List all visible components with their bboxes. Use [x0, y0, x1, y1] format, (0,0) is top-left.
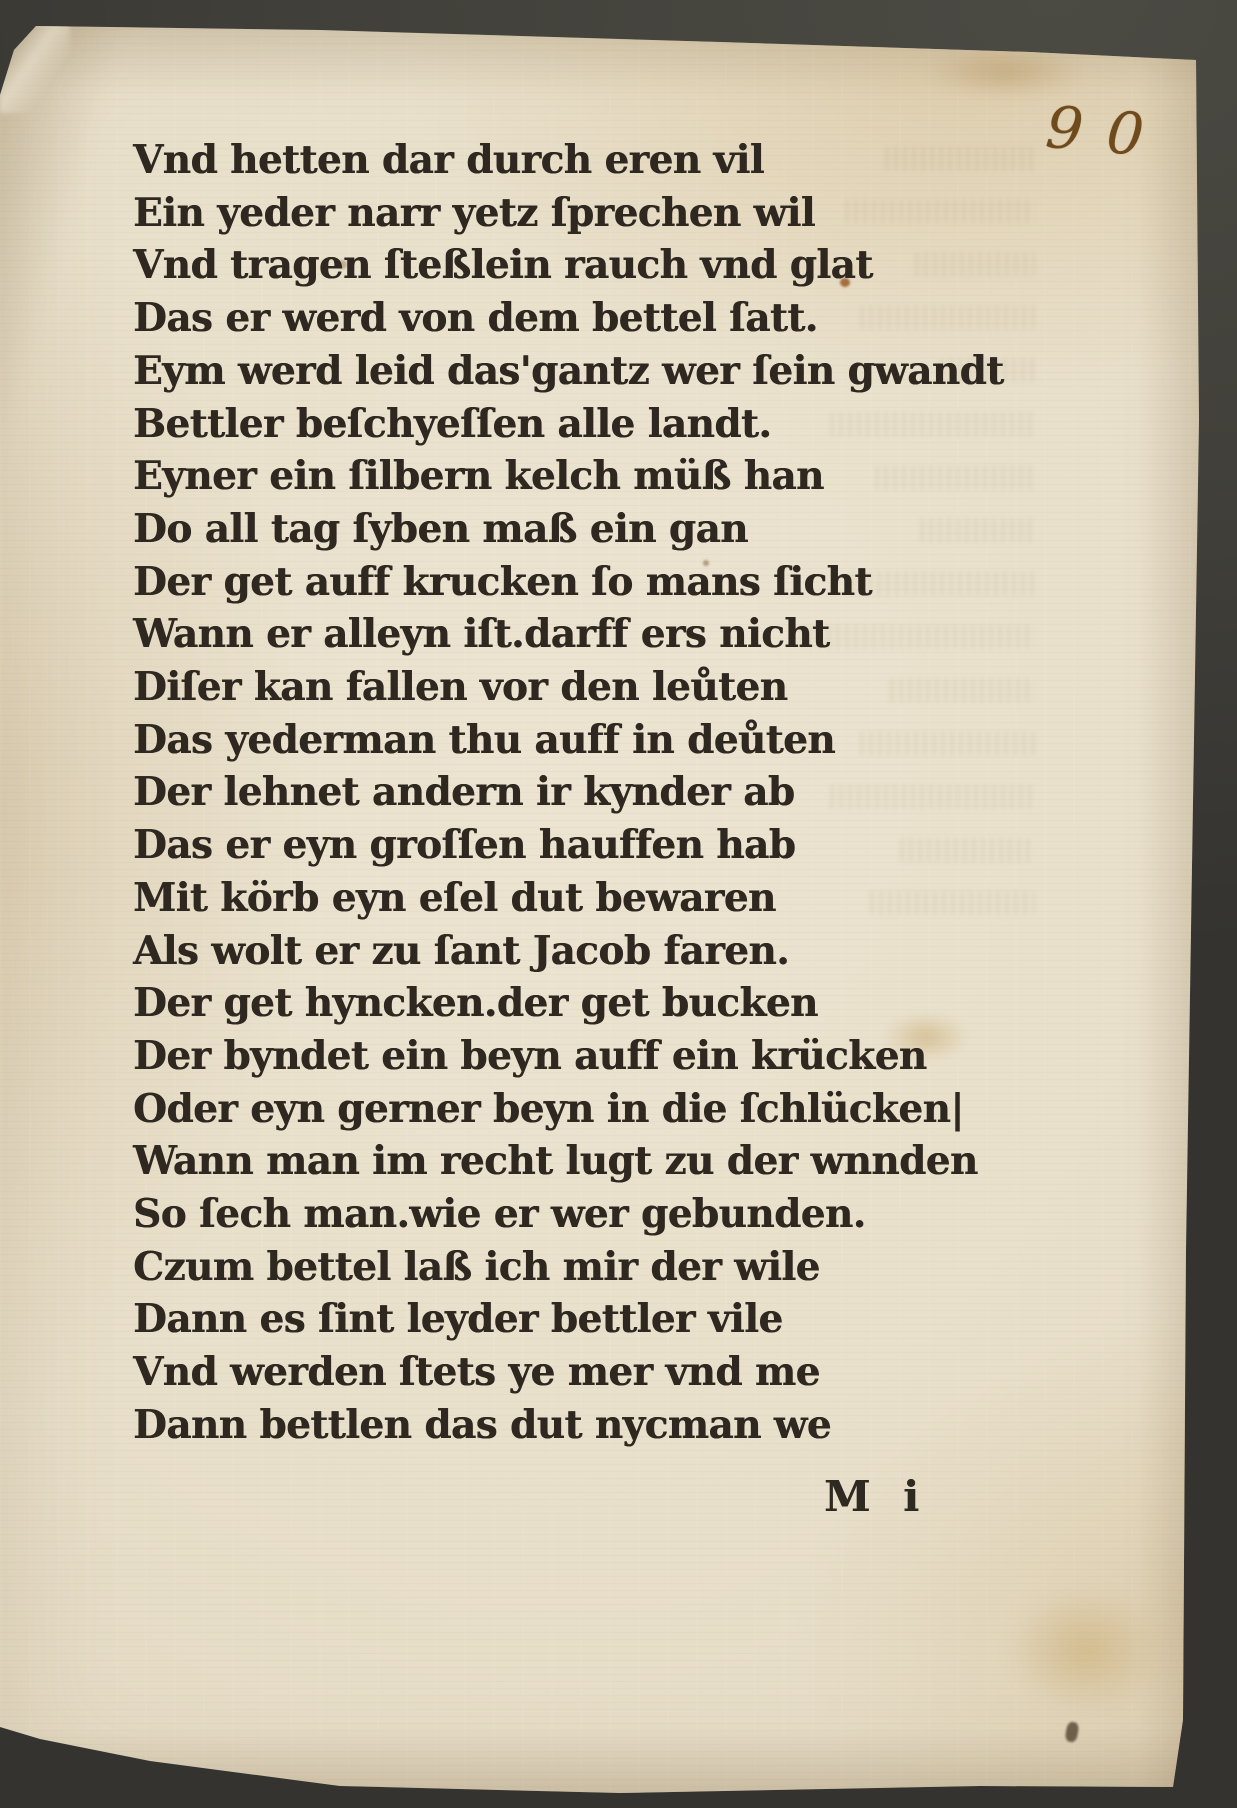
poem-line: Das er eyn groſſen hauffen hab: [133, 819, 1073, 872]
bottom-edge-shadow: [0, 1728, 1237, 1808]
poem-line: Der get auff krucken ſo mans ſicht: [133, 556, 1073, 609]
poem-line: Wann man im recht lugt zu der wnnden: [133, 1135, 1073, 1188]
poem-line: Eyner ein ſilbern kelch müß han: [133, 450, 1073, 503]
poem-line: Vnd tragen ſteßlein rauch vnd glat: [133, 239, 1073, 292]
scan-background: 90 Vnd hetten dar durch eren vil Ein yed…: [0, 0, 1237, 1808]
poem-line: Der lehnet andern ir kynder ab: [133, 766, 1073, 819]
poem-line: Vnd werden ſtets ye mer vnd me: [133, 1346, 1073, 1399]
poem-line: Ein yeder narr yetz ſprechen wil: [133, 187, 1073, 240]
corner-fold: [0, 18, 70, 113]
poem-line: Das yederman thu auff in deůten: [133, 714, 1073, 767]
poem-line: Mit körb eyn eſel dut bewaren: [133, 872, 1073, 925]
top-edge-shadow: [0, 0, 1237, 95]
poem-line: Bettler beſchyeſſen alle landt.: [133, 398, 1073, 451]
poem-line: Diſer kan fallen vor den leůten: [133, 661, 1073, 714]
right-edge-shadow: [1139, 0, 1199, 1808]
poem-line: Der get hyncken.der get bucken: [133, 977, 1073, 1030]
poem-line: Eym werd leid das'gantz wer ſein gwandt: [133, 345, 1073, 398]
poem-line: Vnd hetten dar durch eren vil: [133, 134, 1073, 187]
poem-text-block: Vnd hetten dar durch eren vil Ein yeder …: [133, 134, 1073, 1452]
poem-line: Als wolt er zu ſant Jacob faren.: [133, 925, 1073, 978]
poem-line: Czum bettel laß ich mir der wile: [133, 1241, 1073, 1294]
signature-mark: M i: [824, 1472, 928, 1521]
poem-line: Dann es ſint leyder bettler vile: [133, 1293, 1073, 1346]
poem-line: So ſech man.wie er wer gebunden.: [133, 1188, 1073, 1241]
poem-line: Do all tag ſyben maß ein gan: [133, 503, 1073, 556]
poem-line: Oder eyn gerner beyn in die ſchlücken|: [133, 1083, 1073, 1136]
book-page: 90 Vnd hetten dar durch eren vil Ein yed…: [0, 0, 1237, 1808]
poem-line: Wann er alleyn iſt.darff ers nicht: [133, 608, 1073, 661]
poem-line: Der byndet ein beyn auff ein krücken: [133, 1030, 1073, 1083]
poem-line: Das er werd von dem bettel ſatt.: [133, 292, 1073, 345]
poem-line: Dann bettlen das dut nycman we: [133, 1399, 1073, 1452]
